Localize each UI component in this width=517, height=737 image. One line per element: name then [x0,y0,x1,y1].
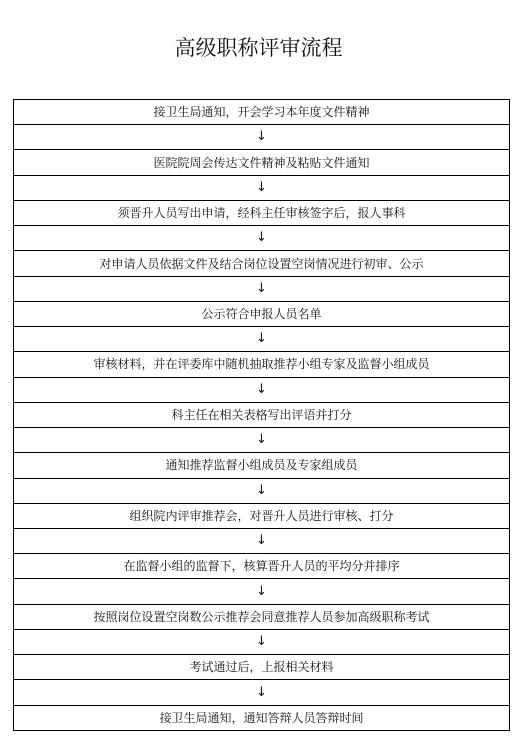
flow-step-3: 须晋升人员写出申请，经科主任审核签字后，报人事科 [14,200,510,225]
down-arrow-icon: ↓ [14,579,510,604]
flow-step-11: 按照岗位设置空岗数公示推荐会同意推荐人员参加高级职称考试 [14,604,510,629]
flow-arrow-row: ↓ [14,478,510,503]
flow-step-6: 审核材料，并在评委库中随机抽取推荐小组专家及监督小组成员 [14,352,510,377]
flow-arrow-row: ↓ [14,629,510,654]
flow-arrow-row: ↓ [14,528,510,553]
flow-step-row: 在监督小组的监督下，核算晋升人员的平均分并排序 [14,554,510,579]
flow-step-8: 通知推荐监督小组成员及专家组成员 [14,453,510,478]
flow-step-7: 科主任在相关表格写出评语并打分 [14,402,510,427]
flow-step-row: 医院院周会传达文件精神及粘贴文件通知 [14,150,510,175]
flow-step-4: 对申请人员依据文件及结合岗位设置空岗情况进行初审、公示 [14,251,510,276]
flow-step-row: 组织院内评审推荐会，对晋升人员进行审核、打分 [14,503,510,528]
down-arrow-icon: ↓ [14,327,510,352]
page-title: 高级职称评审流程 [0,34,517,62]
flow-step-row: 通知推荐监督小组成员及专家组成员 [14,453,510,478]
flow-step-row: 公示符合申报人员名单 [14,301,510,326]
flow-arrow-row: ↓ [14,680,510,705]
flow-step-row: 接卫生局通知，通知答辩人员答辩时间 [14,705,510,730]
down-arrow-icon: ↓ [14,377,510,402]
down-arrow-icon: ↓ [14,428,510,453]
flow-arrow-row: ↓ [14,226,510,251]
flow-arrow-row: ↓ [14,428,510,453]
flow-step-row: 考试通过后，上报相关材料 [14,655,510,680]
flow-step-row: 须晋升人员写出申请，经科主任审核签字后，报人事科 [14,200,510,225]
flow-arrow-row: ↓ [14,327,510,352]
down-arrow-icon: ↓ [14,528,510,553]
flow-step-row: 科主任在相关表格写出评语并打分 [14,402,510,427]
flow-step-row: 接卫生局通知，开会学习本年度文件精神 [14,100,510,125]
flow-arrow-row: ↓ [14,377,510,402]
flow-step-2: 医院院周会传达文件精神及粘贴文件通知 [14,150,510,175]
down-arrow-icon: ↓ [14,478,510,503]
flow-arrow-row: ↓ [14,125,510,150]
down-arrow-icon: ↓ [14,175,510,200]
flow-step-row: 按照岗位设置空岗数公示推荐会同意推荐人员参加高级职称考试 [14,604,510,629]
flow-step-9: 组织院内评审推荐会，对晋升人员进行审核、打分 [14,503,510,528]
flow-arrow-row: ↓ [14,175,510,200]
flow-step-10: 在监督小组的监督下，核算晋升人员的平均分并排序 [14,554,510,579]
down-arrow-icon: ↓ [14,680,510,705]
flow-step-13: 接卫生局通知，通知答辩人员答辩时间 [14,705,510,730]
down-arrow-icon: ↓ [14,125,510,150]
flow-arrow-row: ↓ [14,579,510,604]
down-arrow-icon: ↓ [14,276,510,301]
flow-step-12: 考试通过后，上报相关材料 [14,655,510,680]
flow-step-row: 审核材料，并在评委库中随机抽取推荐小组专家及监督小组成员 [14,352,510,377]
down-arrow-icon: ↓ [14,226,510,251]
flow-step-5: 公示符合申报人员名单 [14,301,510,326]
flow-arrow-row: ↓ [14,276,510,301]
flow-step-row: 对申请人员依据文件及结合岗位设置空岗情况进行初审、公示 [14,251,510,276]
process-flow-table: 接卫生局通知，开会学习本年度文件精神 ↓ 医院院周会传达文件精神及粘贴文件通知 … [13,99,510,731]
down-arrow-icon: ↓ [14,629,510,654]
flow-step-1: 接卫生局通知，开会学习本年度文件精神 [14,100,510,125]
